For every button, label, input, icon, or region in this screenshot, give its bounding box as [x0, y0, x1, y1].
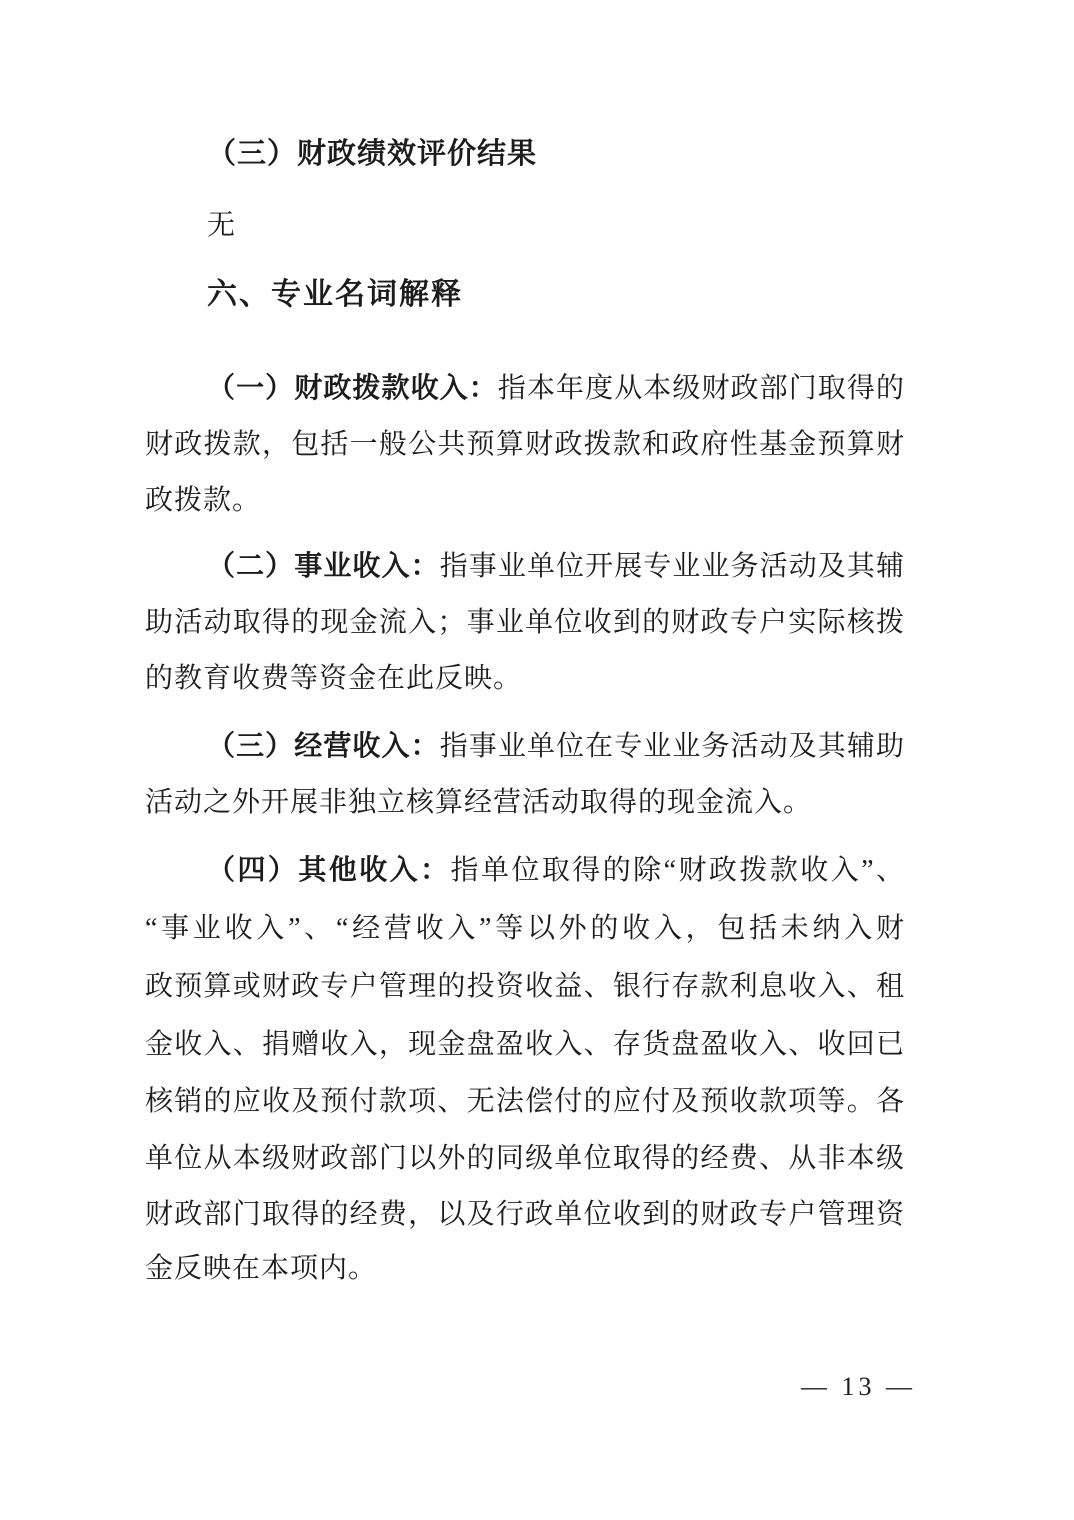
paragraph-line: 财政部门取得的经费，以及行政单位收到的财政专户管理资 [145, 1196, 905, 1234]
section-heading: 六、专业名词解释 [145, 276, 905, 314]
paragraph-lead: （三）经营收入： [207, 731, 440, 762]
paragraph-line: 的教育收费等资金在此反映。 [145, 660, 905, 698]
paragraph-lead: （二）事业收入： [207, 551, 440, 582]
subsection-body-text: 无 [145, 207, 905, 245]
paragraph-line: （二）事业收入：指事业单位开展专业业务活动及其辅 [145, 548, 905, 586]
paragraph-line: 财政拨款，包括一般公共预算财政拨款和政府性基金预算财 [145, 426, 905, 464]
paragraph-line: 政预算或财政专户管理的投资收益、银行存款利息收入、租 [145, 968, 905, 1006]
paragraph-line: （四）其他收入：指单位取得的除“财政拨款收入”、 [145, 852, 905, 890]
paragraph-line: “事业收入”、“经营收入”等以外的收入，包括未纳入财 [145, 910, 905, 948]
paragraph-text: 指事业单位开展专业业务活动及其辅 [440, 551, 905, 582]
paragraph-text: 指本年度从本级财政部门取得的 [498, 373, 905, 404]
paragraph-line: 活动之外开展非独立核算经营活动取得的现金流入。 [145, 784, 905, 822]
paragraph-line: （三）经营收入：指事业单位在专业业务活动及其辅助 [145, 728, 905, 766]
document-page: （三）财政绩效评价结果 无 六、专业名词解释 （一）财政拨款收入：指本年度从本级… [0, 0, 1074, 1520]
paragraph-line: 金收入、捐赠收入，现金盘盈收入、存货盘盈收入、收回已 [145, 1026, 905, 1064]
paragraph-lead: （四）其他收入： [207, 855, 451, 886]
paragraph-line: （一）财政拨款收入：指本年度从本级财政部门取得的 [145, 370, 905, 408]
paragraph-line: 政拨款。 [145, 482, 905, 520]
paragraph-lead: （一）财政拨款收入： [207, 373, 498, 404]
paragraph-line: 金反映在本项内。 [145, 1250, 905, 1288]
paragraph-text: 指单位取得的除“财政拨款收入”、 [451, 855, 905, 886]
paragraph-text: 指事业单位在专业业务活动及其辅助 [440, 731, 905, 762]
page-number: — 13 — [801, 1372, 916, 1402]
paragraph-line: 单位从本级财政部门以外的同级单位取得的经费、从非本级 [145, 1140, 905, 1178]
subsection-heading: （三）财政绩效评价结果 [145, 135, 905, 173]
paragraph-line: 核销的应收及预付款项、无法偿付的应付及预收款项等。各 [145, 1083, 905, 1121]
paragraph-line: 助活动取得的现金流入；事业单位收到的财政专户实际核拨 [145, 604, 905, 642]
